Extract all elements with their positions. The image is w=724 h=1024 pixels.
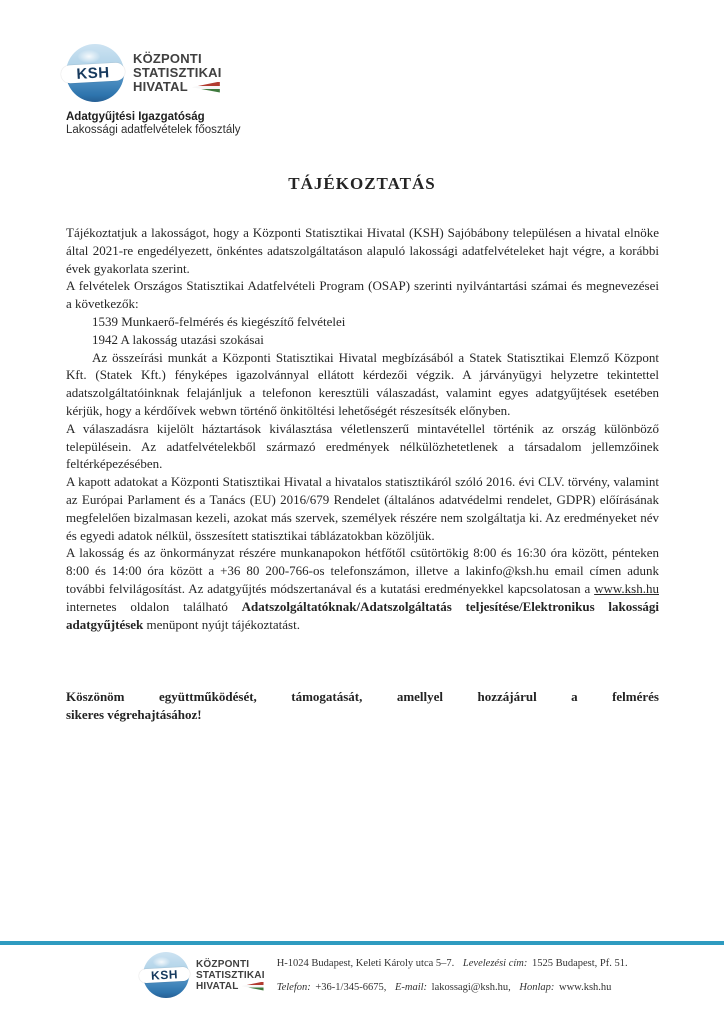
mailing-address: 1525 Budapest, Pf. 51. bbox=[532, 958, 628, 969]
website-label: Honlap: bbox=[519, 982, 554, 993]
document-body: Tájékoztatjuk a lakosságot, hogy a Közpo… bbox=[66, 224, 659, 633]
phone-label: Telefon: bbox=[277, 982, 311, 993]
website-url: www.ksh.hu bbox=[559, 982, 611, 993]
footer-divider bbox=[0, 941, 724, 945]
hungarian-flag-icon bbox=[192, 82, 220, 93]
paragraph-intro: Tájékoztatjuk a lakosságot, hogy a Közpo… bbox=[66, 224, 659, 277]
street-address: H-1024 Budapest, Keleti Károly utca 5–7. bbox=[277, 958, 455, 969]
ksh-website-link[interactable]: www.ksh.hu bbox=[594, 581, 659, 596]
document-page: KSH KÖZPONTI STATISZTIKAI HIVATAL Adatgy… bbox=[0, 0, 724, 1024]
wordmark-line-1: KÖZPONTI bbox=[133, 52, 222, 66]
closing-line-2: sikeres végrehajtásához! bbox=[66, 706, 659, 724]
contact-text-pre: A lakosság és az önkormányzat részére mu… bbox=[66, 545, 659, 596]
wordmark-line-3: HIVATAL bbox=[133, 80, 188, 94]
wordmark-line-2: STATISZTIKAI bbox=[196, 970, 265, 981]
directorate-label: Adatgyűjtési Igazgatóság bbox=[66, 111, 241, 123]
footer-address-line: H-1024 Budapest, Keleti Károly utca 5–7.… bbox=[277, 958, 628, 969]
ksh-band: KSH bbox=[139, 967, 191, 984]
ksh-globe-icon-footer: KSH bbox=[143, 952, 189, 998]
paragraph-gdpr: A kapott adatokat a Központi Statisztika… bbox=[66, 473, 659, 544]
page-title: TÁJÉKOZTATÁS bbox=[0, 174, 724, 194]
ksh-wordmark: KÖZPONTI STATISZTIKAI HIVATAL bbox=[133, 52, 222, 94]
contact-text-post: menüpont nyújt tájékoztatást. bbox=[143, 617, 300, 632]
header: KSH KÖZPONTI STATISZTIKAI HIVATAL Adatgy… bbox=[66, 44, 241, 136]
paragraph-statek: Az összeírási munkát a Központi Statiszt… bbox=[66, 349, 659, 420]
survey-item-1539: 1539 Munkaerő-felmérés és kiegészítő fel… bbox=[66, 313, 659, 331]
paragraph-contact: A lakosság és az önkormányzat részére mu… bbox=[66, 544, 659, 633]
email-label: E-mail: bbox=[395, 982, 427, 993]
hungarian-flag-icon bbox=[242, 982, 264, 991]
paragraph-osap: A felvételek Országos Statisztikai Adatf… bbox=[66, 277, 659, 313]
closing-note: Köszönöm együttműködését, támogatását, a… bbox=[66, 688, 659, 724]
ksh-globe-icon: KSH bbox=[66, 44, 124, 102]
globe-highlight bbox=[78, 50, 100, 63]
ksh-band: KSH bbox=[61, 62, 126, 83]
footer: KSH KÖZPONTI STATISZTIKAI HIVATAL H-1024… bbox=[143, 952, 628, 998]
ksh-wordmark-footer: KÖZPONTI STATISZTIKAI HIVATAL bbox=[196, 959, 265, 992]
paragraph-sampling: A válaszadásra kijelölt háztartások kivá… bbox=[66, 420, 659, 473]
phone-number: +36-1/345-6675, bbox=[315, 982, 386, 993]
ksh-logo: KSH KÖZPONTI STATISZTIKAI HIVATAL bbox=[66, 44, 241, 102]
closing-line-1: Köszönöm együttműködését, támogatását, a… bbox=[66, 688, 659, 706]
survey-item-1942: 1942 A lakosság utazási szokásai bbox=[66, 331, 659, 349]
mailing-address-label: Levelezési cím: bbox=[463, 958, 527, 969]
footer-phone-line: Telefon: +36-1/345-6675, E-mail: lakossa… bbox=[277, 982, 628, 993]
globe-highlight bbox=[153, 957, 170, 967]
footer-contact: H-1024 Budapest, Keleti Károly utca 5–7.… bbox=[277, 958, 628, 993]
ksh-acronym-footer: KSH bbox=[151, 968, 178, 981]
email-address: lakossagi@ksh.hu, bbox=[432, 982, 511, 993]
wordmark-line-3: HIVATAL bbox=[196, 981, 239, 992]
wordmark-line-2: STATISZTIKAI bbox=[133, 66, 222, 80]
department-label: Lakossági adatfelvételek főosztály bbox=[66, 124, 241, 136]
contact-text-mid: internetes oldalon található bbox=[66, 599, 242, 614]
ksh-acronym: KSH bbox=[76, 65, 110, 82]
wordmark-line-1: KÖZPONTI bbox=[196, 959, 265, 970]
